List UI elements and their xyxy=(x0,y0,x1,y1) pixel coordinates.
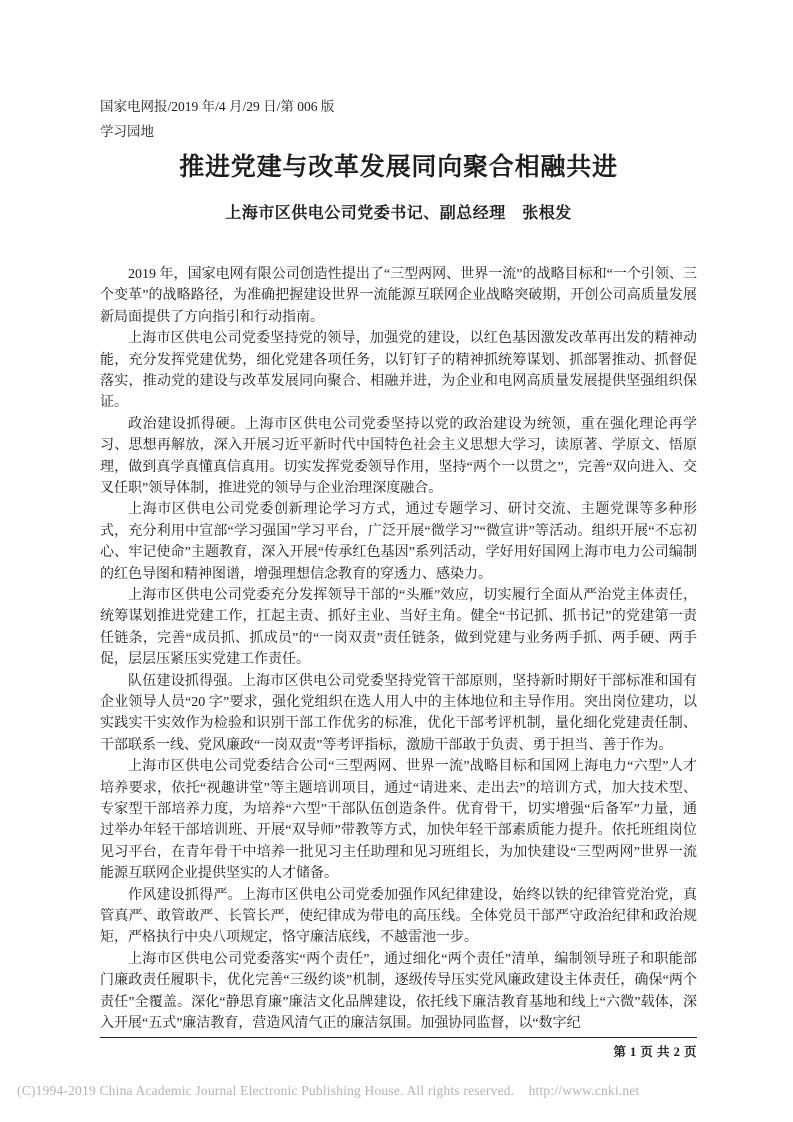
body-paragraph: 作风建设抓得严。上海市区供电公司党委加强作风纪律建设，始终以铁的纪律管党治党，真… xyxy=(100,885,697,949)
copyright-notice: (C)1994-2019 China Academic Journal Elec… xyxy=(17,1083,640,1099)
article-body: 2019 年，国家电网有限公司创造性提出了“三型两网、世界一流”的战略目标和“一… xyxy=(100,264,697,1035)
document-page: 国家电网报/2019 年/4 月/29 日/第 006 版 学习园地 推进党建与… xyxy=(0,0,793,1122)
source-line: 国家电网报/2019 年/4 月/29 日/第 006 版 xyxy=(100,94,697,119)
column-name: 学习园地 xyxy=(100,119,697,144)
article-author: 上海市区供电公司党委书记、副总经理 张根发 xyxy=(100,205,697,223)
body-paragraph: 上海市区供电公司党委落实“两个责任”，通过细化“两个责任”清单，编制领导班子和职… xyxy=(100,949,697,1035)
body-paragraph: 上海市区供电公司党委结合公司“三型两网、世界一流”战略目标和国网上海电力“六型”… xyxy=(100,756,697,884)
article-content: 国家电网报/2019 年/4 月/29 日/第 006 版 学习园地 推进党建与… xyxy=(100,94,697,1035)
body-paragraph: 政治建设抓得硬。上海市区供电公司党委坚持以党的政治建设为统领，重在强化理论再学习… xyxy=(100,414,697,500)
body-paragraph: 上海市区供电公司党委创新理论学习方式，通过专题学习、研讨交流、主题党课等多种形式… xyxy=(100,499,697,585)
body-paragraph: 上海市区供电公司党委坚持党的领导，加强党的建设，以红色基因激发改革再出发的精神动… xyxy=(100,328,697,414)
footer-divider xyxy=(100,1037,697,1038)
body-paragraph: 2019 年，国家电网有限公司创造性提出了“三型两网、世界一流”的战略目标和“一… xyxy=(100,264,697,328)
article-title: 推进党建与改革发展同向聚合相融共进 xyxy=(100,153,697,183)
body-paragraph: 上海市区供电公司党委充分发挥领导干部的“头雁”效应，切实履行全面从严治党主体责任… xyxy=(100,585,697,671)
body-paragraph: 队伍建设抓得强。上海市区供电公司党委坚持党管干部原则，坚持新时期好干部标准和国有… xyxy=(100,671,697,757)
page-indicator: 第 1 页 共 2 页 xyxy=(613,1042,697,1060)
